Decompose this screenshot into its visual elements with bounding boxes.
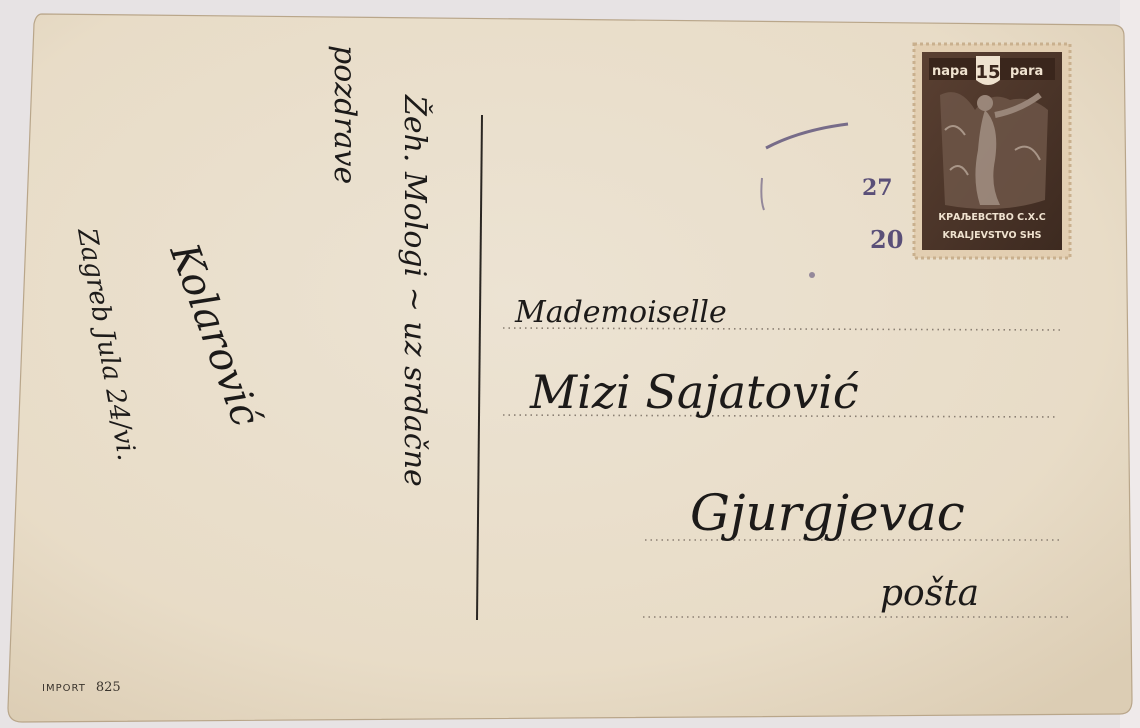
imprint-number: 825 — [96, 680, 121, 695]
message-line1: Žeh. Mologi ~ uz srdačne — [397, 94, 433, 487]
stamp-label-left: napa — [932, 64, 968, 79]
message-line2: pozdrave — [327, 45, 362, 184]
imprint-label: IMPORT — [42, 683, 86, 694]
publisher-imprint: IMPORT825 — [42, 680, 121, 695]
address-salutation: Mademoiselle — [514, 295, 727, 330]
postage-stamp: napa 15 para КРАЉЕВСТВО С.Х.С KRALJEVSTV… — [914, 44, 1070, 258]
stamp-figure-icon — [940, 92, 1048, 209]
stamp-line2: KRALJEVSTVO SHS — [943, 230, 1042, 241]
postcard: 27 20 napa 15 para КРАЉЕВСТВО С.Х.С KRAL… — [0, 0, 1140, 728]
address-post: pošta — [880, 573, 979, 614]
address-town: Gjurgjevac — [690, 484, 965, 542]
stamp-line1: КРАЉЕВСТВО С.Х.С — [938, 212, 1045, 223]
stamp-label-right: para — [1010, 64, 1043, 79]
postmark-day: 27 — [862, 175, 893, 201]
stamp-value: 15 — [975, 62, 1000, 83]
address-name: Mizi Sajatović — [529, 365, 859, 419]
postmark-year: 20 — [870, 225, 903, 254]
